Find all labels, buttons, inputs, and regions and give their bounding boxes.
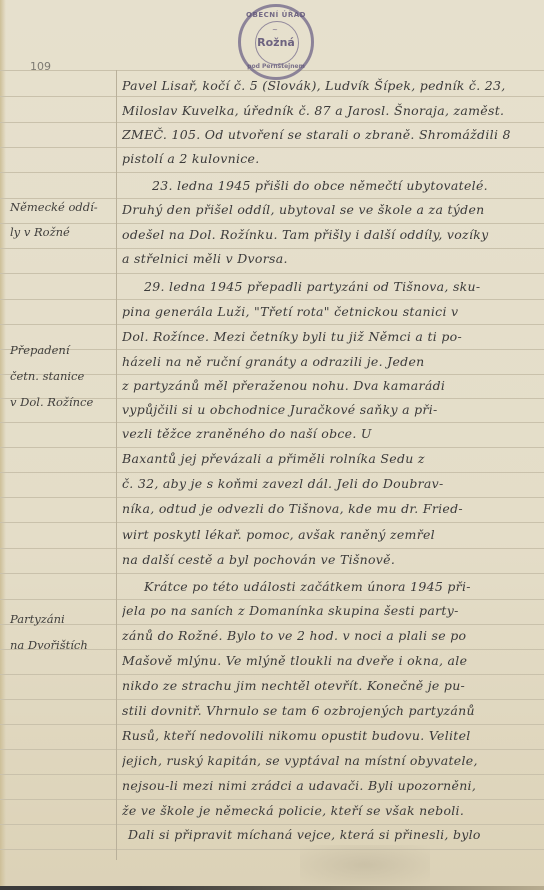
ruled-line xyxy=(0,849,544,850)
body-line: Pavel Lisař, kočí č. 5 (Slovák), Ludvík … xyxy=(122,78,536,93)
ruled-line xyxy=(0,422,544,423)
ruled-line xyxy=(0,774,544,775)
ruled-line xyxy=(0,198,544,199)
ruled-line xyxy=(0,573,544,574)
body-line: pina generála Luži, "Třetí rota" četnick… xyxy=(122,304,536,319)
ruled-line xyxy=(0,699,544,700)
body-line: z partyzánů měl přeraženou nohu. Dva kam… xyxy=(122,378,536,393)
ruled-line xyxy=(0,472,544,473)
body-line: na další cestě a byl pochován ve Tišnově… xyxy=(122,552,536,567)
margin-line xyxy=(116,70,117,860)
ruled-line xyxy=(0,724,544,725)
ruled-line xyxy=(0,122,544,123)
page-bottom-edge xyxy=(0,886,544,890)
body-line: Krátce po této události začátkem února 1… xyxy=(122,579,536,594)
stamp-bottom-text: pod Pernštejnem xyxy=(241,63,311,70)
body-line: nikdo ze strachu jim nechtěl otevřít. Ko… xyxy=(122,678,536,693)
side-note-line: četn. stanice xyxy=(10,369,114,383)
stamp-ornament-icon: ~ xyxy=(272,26,278,34)
body-line: jela po na saních z Domanínka skupina še… xyxy=(122,603,536,618)
ruled-line xyxy=(0,172,544,173)
ruled-line xyxy=(0,299,544,300)
ruled-line xyxy=(0,674,544,675)
body-line: házeli na ně ruční granáty a odrazili je… xyxy=(122,354,536,369)
ruled-line xyxy=(0,223,544,224)
ruled-line xyxy=(0,548,544,549)
side-note-line: na Dvořištích xyxy=(10,638,114,652)
ruled-line xyxy=(0,522,544,523)
body-line: vypůjčili si u obchodnice Juračkové saňk… xyxy=(122,402,536,417)
ruled-line xyxy=(0,799,544,800)
ruled-line xyxy=(0,248,544,249)
body-line: Dol. Rožínce. Mezi četníky byli tu již N… xyxy=(122,329,536,344)
page-number: 109 xyxy=(30,60,51,73)
body-line: wirt poskytl lékař. pomoc, avšak raněný … xyxy=(122,527,536,542)
body-line: Baxantů jej převázali a přiměli rolníka … xyxy=(122,451,536,466)
body-line: pistolí a 2 kulovnice. xyxy=(122,151,536,166)
ruled-line xyxy=(0,824,544,825)
ruled-line xyxy=(0,497,544,498)
side-note-line: Přepadení xyxy=(10,343,114,357)
side-note-line: Německé oddí- xyxy=(10,200,114,214)
side-note-line: Partyzáni xyxy=(10,612,114,626)
body-line: 23. ledna 1945 přišli do obce němečtí ub… xyxy=(122,178,536,193)
body-line: níka, odtud je odvezli do Tišnova, kde m… xyxy=(122,501,536,516)
ruled-line xyxy=(0,447,544,448)
body-line: jejich, ruský kapitán, se vyptával na mí… xyxy=(122,753,536,768)
ruled-line xyxy=(0,599,544,600)
body-line: Druhý den přišel oddíl, ubytoval se ve š… xyxy=(122,202,536,217)
body-line: 29. ledna 1945 přepadli partyzáni od Tiš… xyxy=(122,279,536,294)
ruled-line xyxy=(0,749,544,750)
side-note-line: ly v Rožné xyxy=(10,225,114,239)
body-line: stili dovnitř. Vhrnulo se tam 6 ozbrojen… xyxy=(122,703,536,718)
body-line: Mašově mlýnu. Ve mlýně tloukli na dveře … xyxy=(122,653,536,668)
stamp-top-text: OBECNÍ ÚŘAD xyxy=(241,11,311,19)
ruled-line xyxy=(0,147,544,148)
side-note-line: v Dol. Rožínce xyxy=(10,395,114,409)
stamp-name: Rožná xyxy=(241,36,311,49)
ruled-line xyxy=(0,324,544,325)
body-line: nejsou-li mezi nimi zrádci a udavači. By… xyxy=(122,778,536,793)
document-page: 109 OBECNÍ ÚŘAD ~ Rožná pod Pernštejnem … xyxy=(0,0,544,890)
body-line: Miloslav Kuvelka, úředník č. 87 a Jarosl… xyxy=(122,103,536,118)
body-line: odešel na Dol. Rožínku. Tam přišly i dal… xyxy=(122,227,536,242)
body-line: Dali si připravit míchaná vejce, která s… xyxy=(122,827,536,842)
body-line: a střelnici měli v Dvorsa. xyxy=(122,251,536,266)
body-line: Rusů, kteří nedovolili nikomu opustit bu… xyxy=(122,728,536,743)
official-stamp: OBECNÍ ÚŘAD ~ Rožná pod Pernštejnem xyxy=(238,4,314,80)
ruled-line xyxy=(0,96,544,97)
body-line: ZMEČ. 105. Od utvoření se starali o zbra… xyxy=(122,127,536,142)
body-line: zánů do Rožné. Bylo to ve 2 hod. v noci … xyxy=(122,628,536,643)
body-line: č. 32, aby je s koňmi zavezl dál. Jeli d… xyxy=(122,476,536,491)
ruled-line xyxy=(0,273,544,274)
body-line: že ve škole je německá policie, kteří se… xyxy=(122,803,536,818)
body-line: vezli těžce zraněného do naší obce. U xyxy=(122,426,536,441)
paper-stain xyxy=(300,845,430,885)
